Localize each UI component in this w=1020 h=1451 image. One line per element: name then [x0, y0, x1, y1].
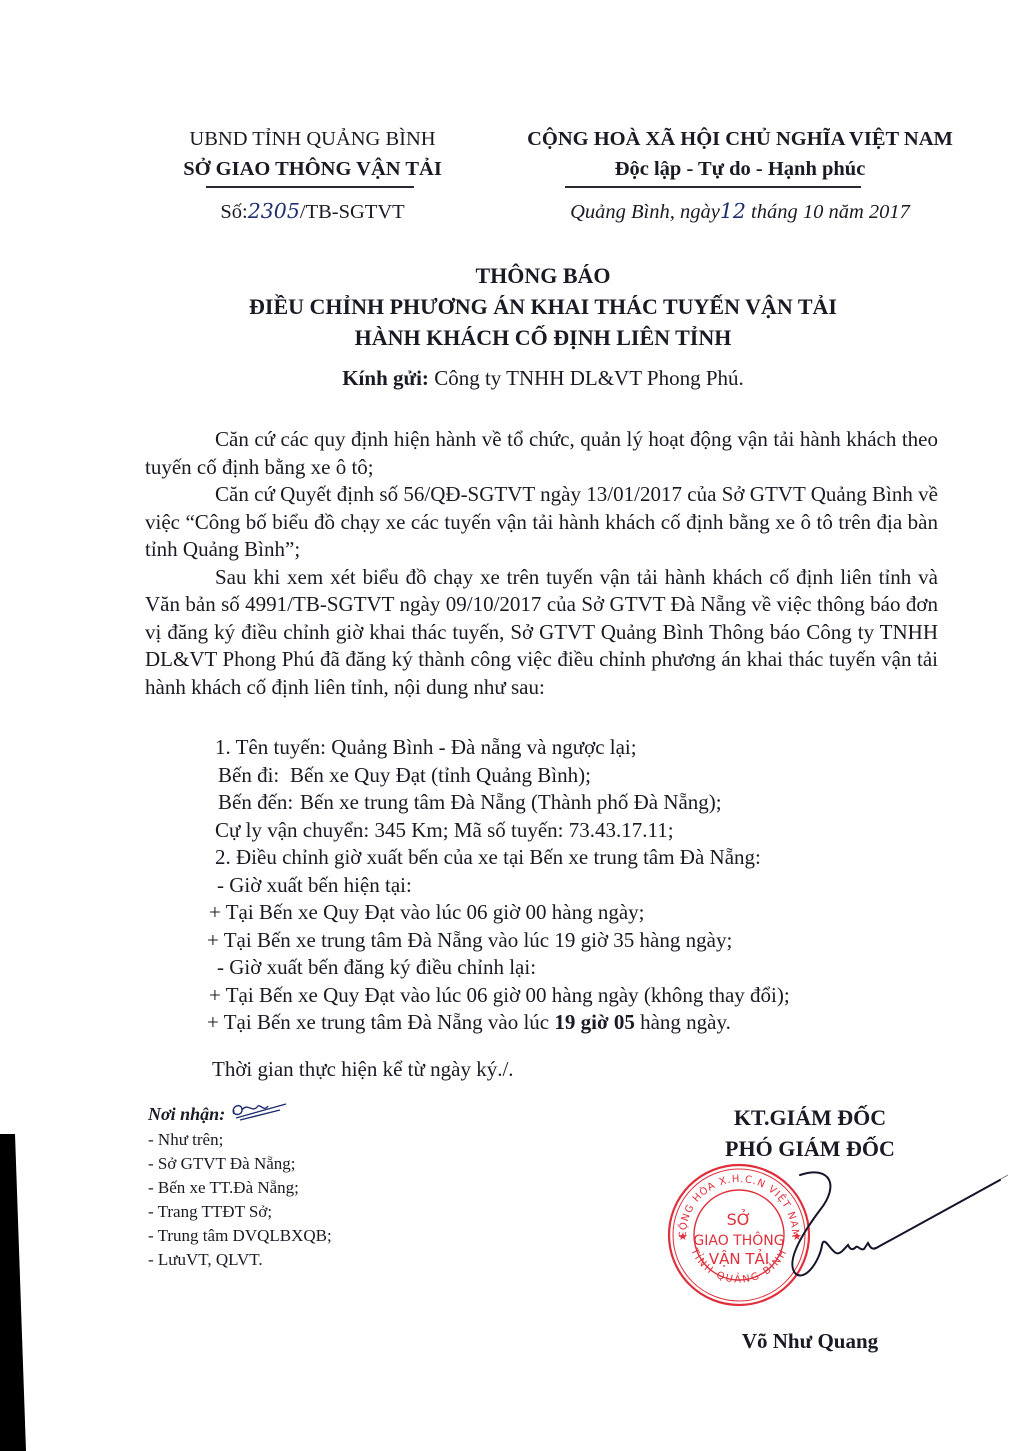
recipient-item: - Trang TTĐT Sở;: [148, 1200, 332, 1224]
route-distance-code: Cự ly vận chuyển: 345 Km; Mã số tuyến: 7…: [215, 817, 935, 845]
new-time-quy-dat: + Tại Bến xe Quy Đạt vào lúc 06 giờ 00 h…: [209, 982, 935, 1010]
document-body: Căn cứ các quy định hiện hành về tổ chức…: [145, 426, 938, 701]
recipients-block: Nơi nhận: - Như trên; - Sở GTVT Đà Nẵng;…: [148, 1100, 332, 1272]
current-time-quy-dat: + Tại Bến xe Quy Đạt vào lúc 06 giờ 00 h…: [209, 899, 935, 927]
recipients-label: Nơi nhận:: [148, 1100, 332, 1128]
national-title: CỘNG HOÀ XÃ HỘI CHỦ NGHĨA VIỆT NAM: [470, 124, 1010, 154]
document-title: THÔNG BÁO ĐIỀU CHỈNH PHƯƠNG ÁN KHAI THÁC…: [0, 260, 1020, 353]
paragraph-review: Sau khi xem xét biểu đồ chạy xe trên tuy…: [145, 564, 938, 702]
scan-edge-shadow: [0, 1134, 26, 1451]
initials-mark-icon: [228, 1100, 290, 1124]
svg-text:★: ★: [678, 1230, 688, 1243]
place-date: Quảng Bình, ngày12 tháng 10 năm 2017: [470, 196, 1010, 227]
route-name: 1. Tên tuyến: Quảng Bình - Đà nẵng và ng…: [215, 734, 935, 762]
national-header: CỘNG HOÀ XÃ HỘI CHỦ NGHĨA VIỆT NAM Độc l…: [470, 124, 1010, 184]
addressee: Kính gửi: Công ty TNHH DL&VT Phong Phú.: [0, 365, 1020, 393]
route-details: 1. Tên tuyến: Quảng Bình - Đà nẵng và ng…: [215, 734, 935, 1037]
paragraph-legal-basis-1: Căn cứ các quy định hiện hành về tổ chức…: [145, 426, 938, 481]
recipient-item: - Bến xe TT.Đà Nẵng;: [148, 1176, 332, 1200]
agency-header: UBND TỈNH QUẢNG BÌNH SỞ GIAO THÔNG VẬN T…: [150, 124, 475, 184]
arrival-station: Bến đến:Bến xe trung tâm Đà Nẵng (Thành …: [215, 789, 935, 817]
addressee-label: Kính gửi:: [342, 366, 429, 390]
signatory-title: KT.GIÁM ĐỐC PHÓ GIÁM ĐỐC: [690, 1102, 930, 1164]
department-name: SỞ GIAO THÔNG VẬN TẢI: [150, 154, 475, 184]
adjustment-heading: 2. Điều chỉnh giờ xuất bến của xe tại Bế…: [215, 844, 935, 872]
paragraph-legal-basis-2: Căn cứ Quyết định số 56/QĐ-SGTVT ngày 13…: [145, 481, 938, 564]
signatory-title-line-1: KT.GIÁM ĐỐC: [690, 1102, 930, 1133]
addressee-value: Công ty TNHH DL&VT Phong Phú.: [429, 366, 744, 390]
province-committee: UBND TỈNH QUẢNG BÌNH: [150, 124, 475, 154]
title-line-1: THÔNG BÁO: [0, 260, 1020, 291]
handwritten-signature-icon: [760, 1165, 1010, 1285]
motto-underline: [565, 186, 861, 188]
header-left-underline: [206, 186, 414, 188]
recipient-item: - Như trên;: [148, 1128, 332, 1152]
handwritten-day: 12: [720, 199, 746, 223]
svg-text:SỞ: SỞ: [727, 1209, 752, 1229]
recipient-item: - LưuVT, QLVT.: [148, 1248, 332, 1272]
current-time-da-nang: + Tại Bến xe trung tâm Đà Nẵng vào lúc 1…: [207, 927, 935, 955]
new-time-da-nang: + Tại Bến xe trung tâm Đà Nẵng vào lúc 1…: [207, 1009, 935, 1037]
handwritten-number: 2305: [248, 199, 300, 223]
current-times-heading: - Giờ xuất bến hiện tại:: [215, 872, 935, 900]
signature: [760, 1165, 1010, 1285]
new-departure-time: 19 giờ 05: [554, 1010, 634, 1034]
departure-station: Bến đi:Bến xe Quy Đạt (tỉnh Quảng Bình);: [215, 762, 935, 790]
new-times-heading: - Giờ xuất bến đăng ký điều chỉnh lại:: [215, 954, 935, 982]
document-number: Số:2305/TB-SGTVT: [150, 196, 475, 227]
title-line-2: ĐIỀU CHỈNH PHƯƠNG ÁN KHAI THÁC TUYẾN VẬN…: [0, 291, 1020, 322]
national-motto: Độc lập - Tự do - Hạnh phúc: [470, 154, 1010, 184]
title-line-3: HÀNH KHÁCH CỐ ĐỊNH LIÊN TỈNH: [0, 322, 1020, 353]
effective-date: Thời gian thực hiện kể từ ngày ký./.: [212, 1056, 514, 1084]
recipient-item: - Trung tâm DVQLBXQB;: [148, 1224, 332, 1248]
recipient-item: - Sở GTVT Đà Nẵng;: [148, 1152, 332, 1176]
signatory-name: Võ Như Quang: [690, 1326, 930, 1356]
